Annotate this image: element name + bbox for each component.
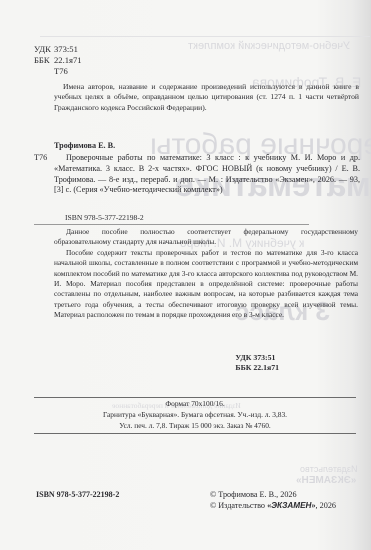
abstract: Данное пособие полностью соответствует ф… (54, 227, 358, 321)
classification-right: УДК 373:51 ББК 22.1я71 (235, 353, 279, 374)
copyright-publisher: © Издательство «ЭКЗАМЕН», 2026 (210, 500, 336, 511)
imprint-format: Формат 70х100/16. (34, 399, 356, 410)
udk-value: 373:51 (54, 44, 78, 55)
copyright-footer: © Трофимова Е. В., 2026 © Издательство «… (210, 489, 336, 511)
classification-block: УДК 373:51 ББК 22.1я71 Т76 (34, 44, 82, 77)
abstract-paragraph-1: Данное пособие полностью соответствует ф… (54, 227, 358, 248)
book-imprint-page: Учебно-методический комплект Е. В. Трофи… (0, 0, 371, 550)
author-heading: Трофимова Е. В. (54, 141, 115, 150)
copyright-publisher-prefix: © Издательство (210, 501, 267, 510)
copyright-author: © Трофимова Е. В., 2026 (210, 489, 336, 500)
bibliographic-description: Проверочные работы по математике: 3 клас… (54, 153, 360, 196)
ghost-publisher-1: Издательство (300, 464, 357, 474)
isbn-footer: ISBN 978-5-377-22198-2 (36, 490, 119, 499)
udk-right: УДК 373:51 (235, 353, 279, 363)
ghost-rule (40, 36, 370, 37)
imprint-typeface: Гарнитура «Букварная». Бумага офсетная. … (34, 410, 356, 421)
udk-row: УДК 373:51 (34, 44, 82, 55)
bbk-row: ББК 22.1я71 (34, 55, 82, 66)
copyright-notice: Имена авторов, название и содержание про… (54, 82, 359, 113)
copyright-publisher-suffix: , 2026 (316, 501, 336, 510)
isbn-inline: ISBN 978-5-377-22198-2 (65, 213, 144, 222)
imprint-block: Формат 70х100/16. Гарнитура «Букварная».… (34, 399, 356, 431)
imprint-print: Усл. печ. л. 7,8. Тираж 15 000 экз. Зака… (34, 421, 356, 432)
imprint-bottom-rule (34, 433, 356, 434)
imprint-top-rule (34, 397, 356, 398)
author-mark: Т76 (34, 66, 82, 77)
ghost-publisher-2: «ЭКЗАМЕН» (296, 475, 356, 486)
publisher-brand: ЭКЗАМЕН (271, 501, 311, 510)
abstract-paragraph-2: Пособие содержит тексты проверочных рабо… (54, 248, 358, 321)
bbk-value: 22.1я71 (54, 55, 82, 66)
isbn-divider (34, 224, 309, 225)
udk-label: УДК (34, 44, 54, 55)
bbk-label: ББК (34, 55, 54, 66)
bbk-right: ББК 22.1я71 (235, 363, 279, 373)
bib-author-mark: Т76 (34, 153, 47, 162)
ghost-series-text: Учебно-методический комплект (188, 40, 350, 52)
